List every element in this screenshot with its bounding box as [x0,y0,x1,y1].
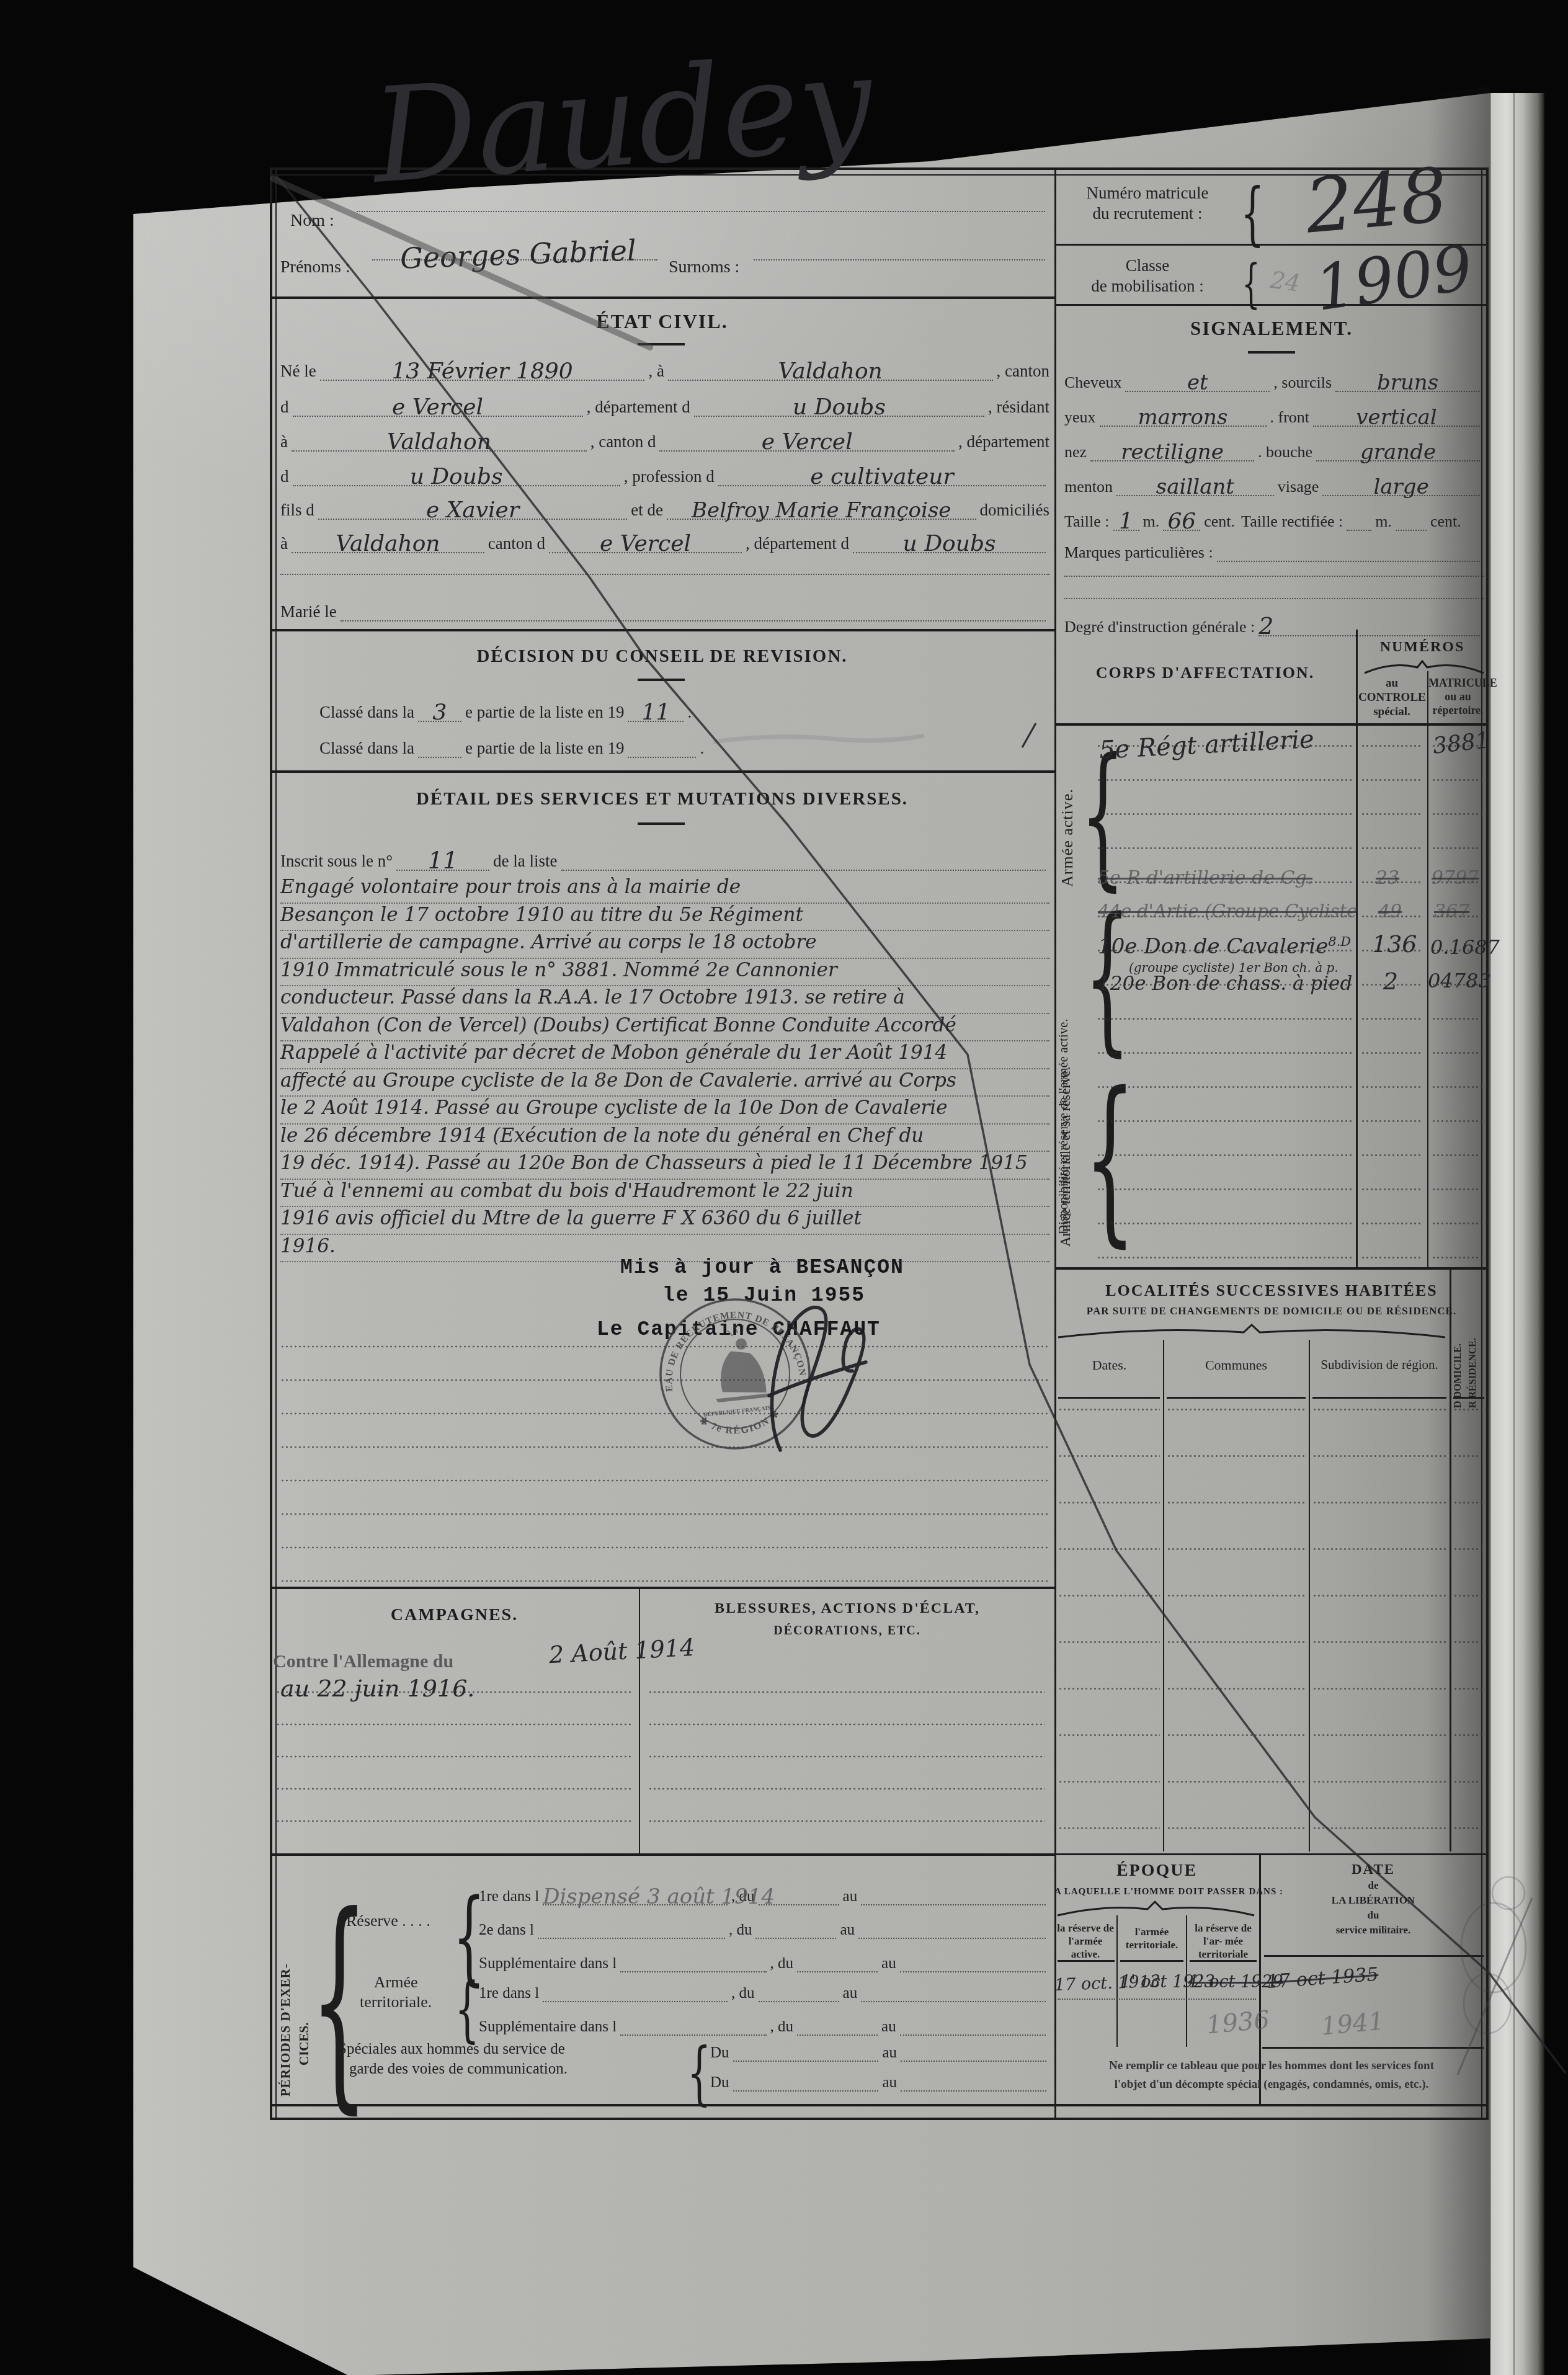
controle-col-header: auCONTROLEspécial. [1358,676,1425,719]
corps-row-2-controle: 49 [1378,901,1402,922]
marques-label: Marques particulières : [1064,543,1213,562]
taille-rect-m-field [1347,530,1371,531]
corps-bottom-rule [1054,1267,1489,1270]
subdivision-col-header: Subdivision de région. [1311,1357,1448,1373]
signalement-dash [1248,351,1295,354]
parents-residence-field: Valdahon [292,531,484,553]
corps-row-2-matricule: 367 [1434,901,1469,922]
father-name-field: e Xavier [318,497,628,520]
au-field [858,1938,1046,1939]
residence-col-header: R RÉSIDENCE. [1468,1278,1479,1408]
corps-row-3-controle: 136 [1372,930,1417,958]
services-dash [638,822,685,825]
campagnes-title: CAMPAGNES. [270,1605,639,1625]
mother-name-field: Belfroy Marie Françoise [667,498,976,520]
birth-canton-field: e Vercel [293,394,583,417]
reserve-periode2-field [538,1938,725,1939]
maj-line1: Mis à jour à BESANÇON [620,1256,904,1279]
garde-du-field [733,2061,879,2062]
maj-line2: le 15 Juin 1955 [662,1284,865,1307]
epoque-note: Ne remplir ce tableau que pour les homme… [1054,2057,1489,2094]
classe-pencil-note: 24 [1268,266,1302,297]
localites-grid [1453,1408,1484,1842]
taille-cm-field: 66 [1163,509,1200,531]
prenoms-label: Prénoms : [280,257,350,277]
terr-brace: { [455,1967,479,2051]
garde-au-field-2 [901,2090,1046,2092]
speciales-brace: { [687,2033,711,2113]
degre-field: 2 [1258,612,1480,636]
corps-row-2-name: 44e d'Artie (Groupe Cycliste [1098,901,1357,922]
du-field [755,1938,836,1939]
communes-col-header: Communes [1166,1357,1306,1373]
empty-line [280,574,1049,575]
empty-line [1064,576,1484,577]
periodes-top-rule [270,1853,1054,1856]
campagnes-top-rule [270,1587,1054,1589]
localites-grid [1058,1408,1160,1842]
blessures-title-2: DÉCORATIONS, ETC. [640,1624,1054,1638]
liste-annee-field-2 [628,757,696,758]
surnoms-line [754,259,1045,261]
next-page-edge [1490,93,1544,2375]
reserve-suppl-field [620,1971,766,1972]
cheveux-field: et [1125,370,1270,392]
nom-line [357,211,1045,212]
front-field: vertical [1313,405,1480,427]
armee-active-label: Armée active. [1058,738,1077,887]
corps-row-4-controle: 2 [1383,968,1398,995]
epoque-col1-header: la réserve de l'armée active. [1056,1922,1115,1961]
epoque-v3-new: 1936 [1205,2006,1270,2040]
sourcils-field: bruns [1335,370,1480,392]
nez-field: rectiligne [1090,440,1254,461]
localites-subtitle: PAR SUITE DE CHANGEMENTS DE DOMICILE OU … [1054,1305,1489,1317]
garde-au-field [901,2061,1046,2062]
localites-grid [1312,1408,1446,1842]
du-field [759,2001,839,2002]
au-field [900,2034,1046,2036]
yeux-field: marrons [1100,405,1267,427]
localites-grid [1167,1408,1306,1842]
etat-civil-dash [638,343,685,345]
periodes-label: PÉRIODES D'EXER- [278,1879,293,2097]
blessures-lines [648,1669,1045,1848]
ne-le-label: Né le [280,362,316,381]
liste-partie-field: 3 [418,700,461,722]
epoque-top-rule [1054,1853,1489,1855]
corps-row-4-matricule: 04783 [1428,969,1491,992]
bouche-field: grande [1316,440,1480,461]
numeros-title: NUMÉROS [1356,639,1489,656]
garde-du-field-2 [733,2090,879,2092]
marques-field [1217,561,1480,562]
campagnes-lines [276,1669,633,1848]
corps-row-3-name: 10e Don de Cavalerie8.D [1098,934,1351,959]
taille-m-field: 1 [1113,509,1139,531]
terr-label: Arméeterritoriale. [360,1972,432,2012]
mat-grid-dots [1432,732,1485,1265]
services-paragraph: Engagé volontaire pour trois ans à la ma… [280,876,1049,1262]
nom-label: Nom : [290,211,334,231]
reserve-label: Réserve . . . . [346,1912,430,1930]
domicile-col-header: D DOMICILE. [1453,1278,1464,1408]
etat-civil-title: ÉTAT CIVIL. [270,310,1054,333]
corps-row-3-matricule: 0.1687 [1430,935,1500,959]
speciales-label: Spéciales aux hommes du service degarde … [338,2039,568,2079]
degre-label: Degré d'instruction générale : [1064,618,1255,636]
services-title: DÉTAIL DES SERVICES ET MUTATIONS DIVERSE… [270,789,1054,809]
profession-field: e cultivateur [718,464,1046,486]
date-liberation-header: DATE de LA LIBÉRATION du service militai… [1262,1862,1484,1938]
epoque-subtitle: A LAQUELLE L'HOMME DOIT PASSER DANS : [1054,1887,1259,1897]
corps-row-1-name: 5e R d'artillerie de Cg. [1098,867,1312,889]
birth-dept-field: u Doubs [694,394,984,417]
liste-annee-field: 11 [628,700,684,722]
signalement-top-rule [1054,304,1489,306]
prenoms-line [372,259,657,261]
du-field [797,2034,878,2036]
birth-place-field: Valdahon [668,359,993,381]
matricule-label: Numéro matriculedu recrutement : [1054,183,1241,224]
epoque-value-line [1058,1998,1256,2000]
taille-rect-cm-field [1396,530,1427,531]
au-field [861,1904,1046,1905]
matricule-brace: { [1241,174,1265,253]
liste-partie-field-2 [418,757,461,758]
decision-bottom-rule [270,770,1054,773]
matricule-col-header: MATRICULEou aurépertoire. [1428,676,1487,717]
corps-row-1-matricule: 9797 [1432,867,1479,889]
numero-liste-field: 11 [396,847,489,871]
residence-field: Valdahon [292,429,587,452]
liste-field [561,870,1046,871]
liberation-date-new: 1941 [1320,2007,1385,2041]
header-rule [270,296,1054,299]
etat-civil-bottom-rule [270,629,1054,631]
scanned-military-register-page: Daudey Nom : Prénoms : Georges Gabriel S… [0,0,1568,2375]
classe-label: Classede mobilisation : [1054,256,1241,296]
ctrl-grid-dots [1361,732,1423,1265]
terr-periode1-field [543,2001,728,2002]
dates-col-header: Dates. [1058,1357,1160,1373]
empty-line [1064,598,1484,599]
empty-dotted-rows [280,1334,1049,1582]
corps-row-1-controle: 23 [1376,867,1399,889]
surnoms-label: Surnoms : [669,257,739,277]
au-field [861,2001,1046,2002]
reserve-periode1-field: Dispensé 3 août 1914 [543,1884,728,1905]
blessures-title-1: BLESSURES, ACTIONS D'ÉCLAT, [640,1600,1054,1617]
localites-title: LOCALITÉS SUCCESSIVES HABITÉES [1054,1281,1489,1300]
residence-dept-field: u Doubs [293,464,620,486]
decision-dash [638,679,685,681]
marriage-field [341,620,1046,622]
corps-row-4-name: 120e Bon de chass. à pied [1098,973,1352,995]
epoque-col3-header: la réserve de l'ar- mée territoriale [1188,1922,1258,1961]
au-field [900,1971,1046,1972]
du-field [797,1971,878,1972]
menton-field: saillant [1116,475,1274,496]
birth-date-field: 13 Février 1890 [320,359,645,381]
visage-field: large [1322,475,1480,496]
residence-canton-field: e Vercel [659,429,955,452]
parents-canton-field: e Vercel [549,531,742,553]
signalement-title: SIGNALEMENT. [1054,318,1489,340]
corps-title: CORPS D'AFFECTATION. [1054,664,1356,682]
corps-grid-dots [1097,732,1352,1265]
parents-dept-field: u Doubs [853,531,1046,553]
epoque-col2-header: l'armée territoriale. [1119,1925,1185,1951]
epoque-title: ÉPOQUE [1054,1861,1259,1881]
territoriale-label: Armée territoriale et sa réserve. [1057,1061,1074,1247]
marie-label: Marié le [280,602,337,622]
decision-title: DÉCISION DU CONSEIL DE REVISION. [270,646,1054,667]
matricule-value: 248 [1302,152,1451,250]
